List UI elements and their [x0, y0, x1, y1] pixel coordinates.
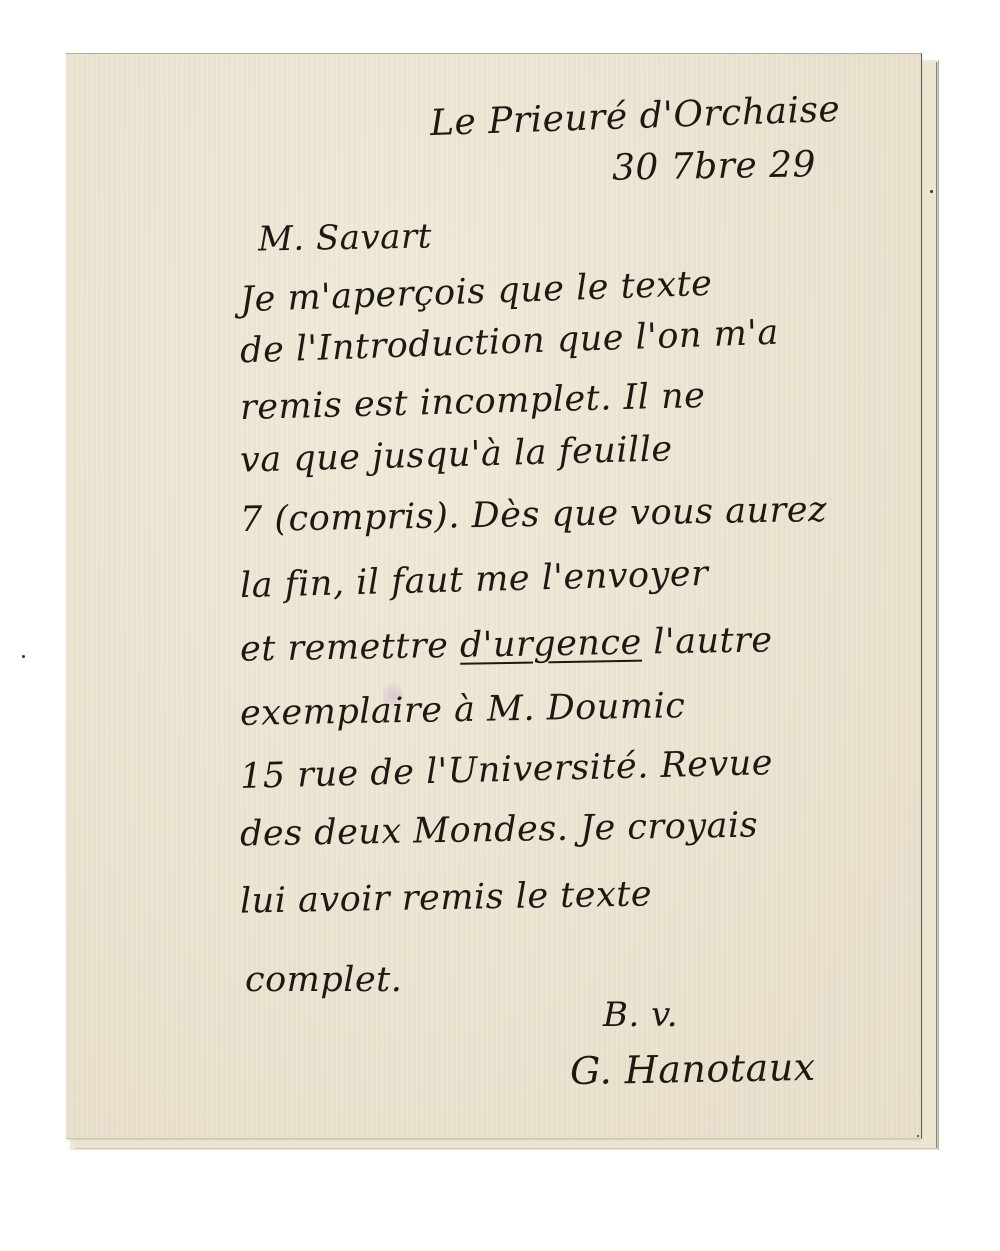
letter-line: exemplaire à M. Doumic [240, 686, 686, 734]
letter-date: 30 7bre 29 [612, 144, 817, 189]
letter-signature: G. Hanotaux [570, 1045, 816, 1093]
letter-salutation: M. Savart [258, 216, 433, 259]
letter-line: lui avoir remis le texte [240, 874, 653, 921]
letter-closing: B. v. [603, 995, 678, 1035]
letter-line: complet. [245, 960, 402, 1000]
underlined-phrase: d'urgence [460, 623, 642, 666]
paper-speck [917, 1135, 919, 1137]
paper-speck [22, 655, 25, 658]
paper-speck [930, 190, 933, 193]
